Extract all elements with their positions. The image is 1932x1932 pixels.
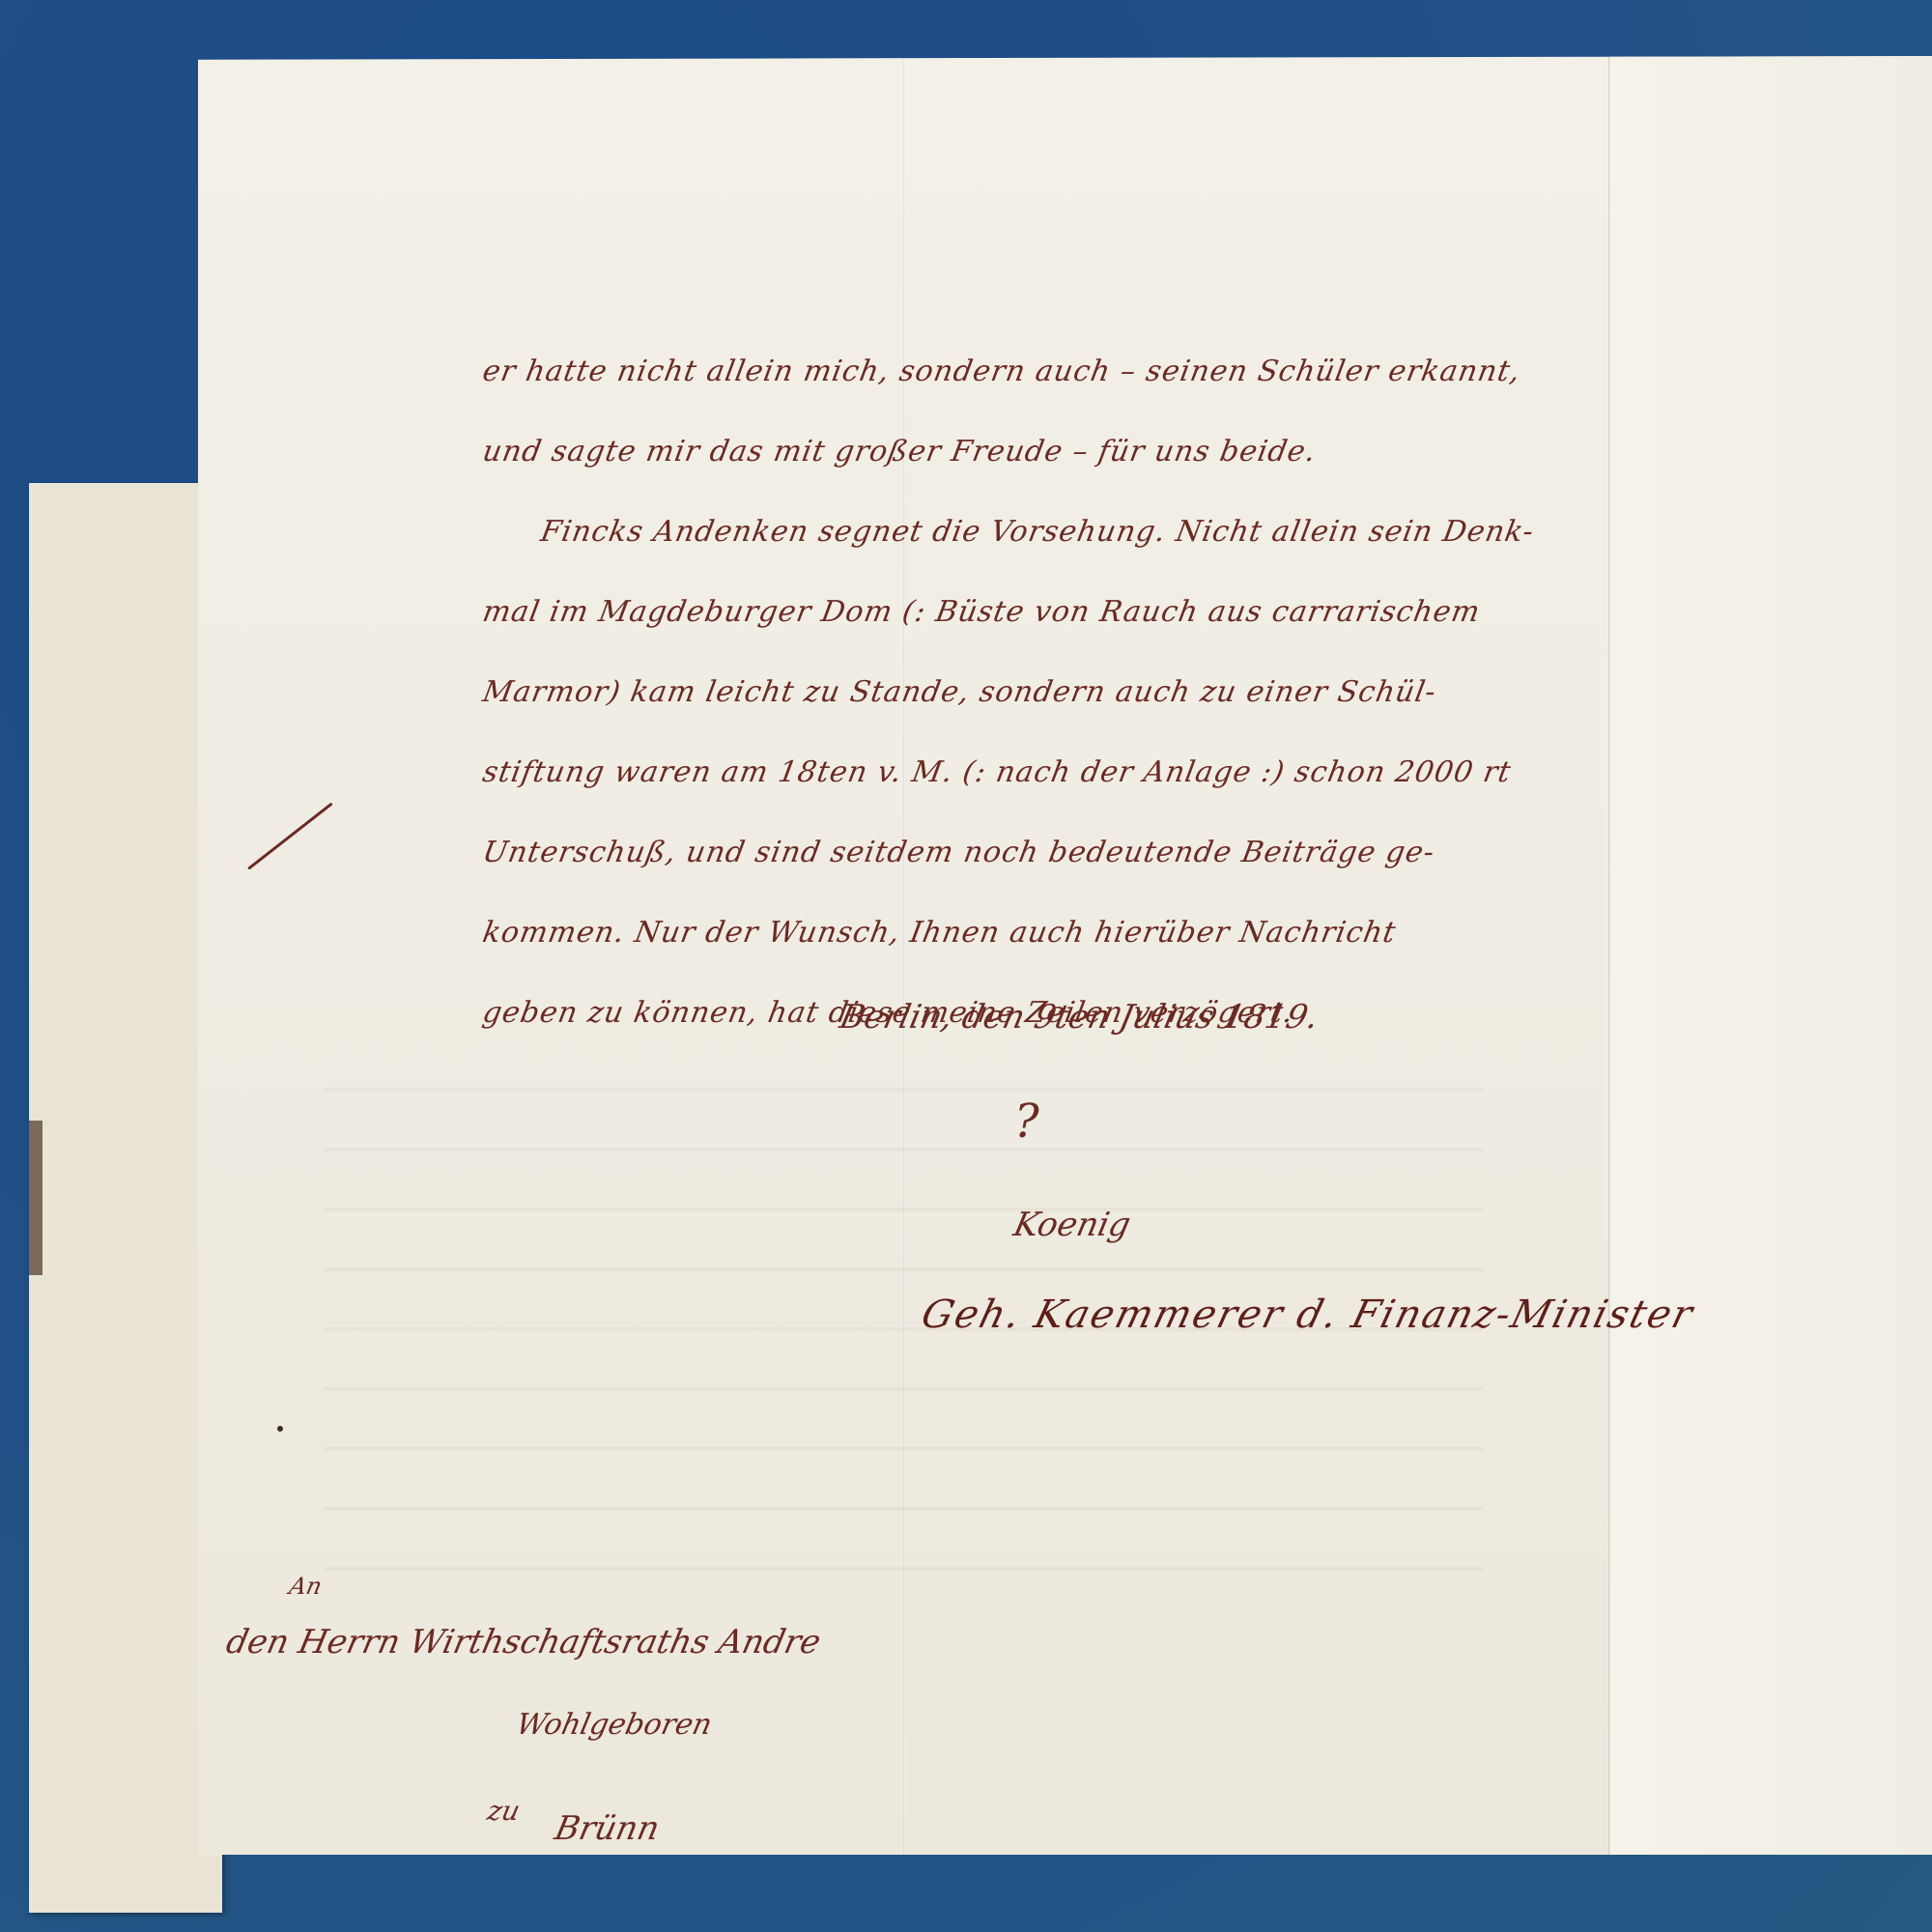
margin-pen-stroke bbox=[247, 803, 333, 870]
address-city: Brünn bbox=[552, 1809, 663, 1848]
date-line: Berlin, den 9ten Julius 1819. bbox=[837, 998, 1322, 1037]
body-line: kommen. Nur der Wunsch, Ihnen auch hierü… bbox=[476, 893, 1631, 973]
body-line: er hatte nicht allein mich, sondern auch… bbox=[476, 331, 1631, 412]
body-line: mal im Magdeburger Dom (: Büste von Rauc… bbox=[476, 572, 1631, 652]
address-prefix: An bbox=[287, 1573, 325, 1600]
ink-spot bbox=[277, 1426, 283, 1432]
letter-sheet: er hatte nicht allein mich, sondern auch… bbox=[198, 56, 1932, 1855]
closing-flourish: ? bbox=[1014, 1094, 1039, 1149]
signature: Geh. Kaemmerer d. Finanz-Minister bbox=[917, 1293, 1698, 1337]
address-recipient: den Herrn Wirthschaftsraths Andre bbox=[223, 1623, 824, 1662]
body-line: Unterschuß, und sind seitdem noch bedeut… bbox=[476, 812, 1631, 893]
folded-right-panel bbox=[1610, 56, 1932, 1855]
sheet-edge-strip bbox=[29, 1121, 43, 1275]
letter-body: er hatte nicht allein mich, sondern auch… bbox=[483, 331, 1623, 1053]
body-line: und sagte mir das mit großer Freude – fü… bbox=[476, 412, 1631, 492]
underlying-sheet bbox=[29, 483, 222, 1913]
body-line: Marmor) kam leicht zu Stande, sondern au… bbox=[476, 652, 1631, 732]
address-zu: zu bbox=[484, 1795, 523, 1827]
address-role: Wohlgeboren bbox=[513, 1708, 715, 1742]
body-line: stiftung waren am 18ten v. M. (: nach de… bbox=[476, 732, 1631, 812]
closing: Koenig bbox=[1010, 1206, 1134, 1244]
body-line: Fincks Andenken segnet die Vorsehung. Ni… bbox=[476, 492, 1631, 572]
